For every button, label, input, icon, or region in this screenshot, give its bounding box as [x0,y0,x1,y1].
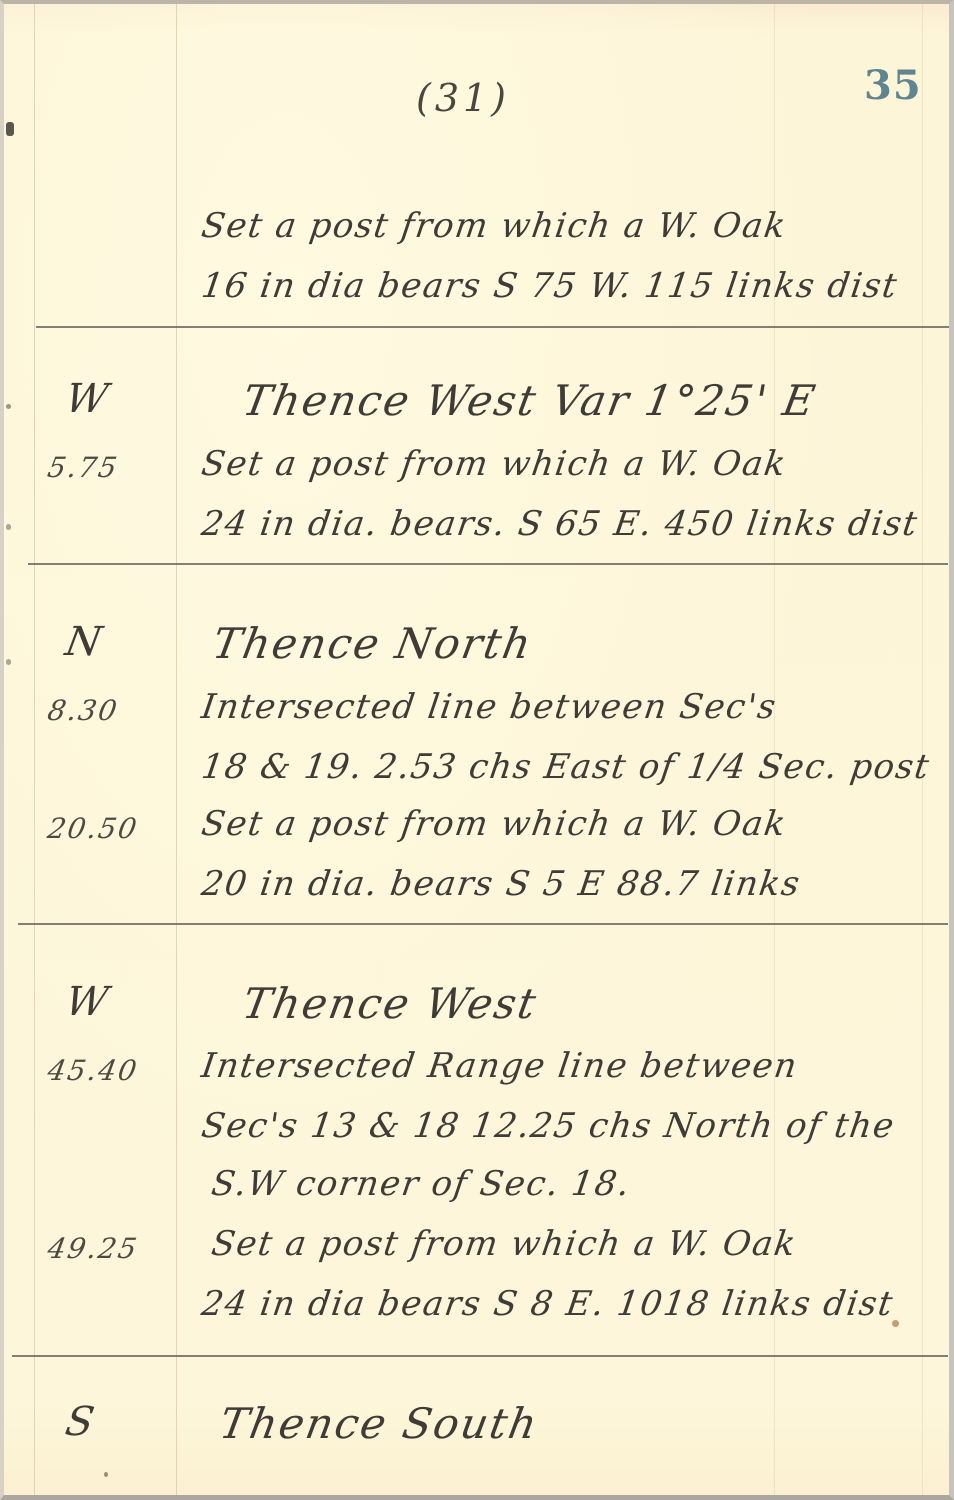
note-line: 24 in dia. bears. S 65 E. 450 links dist [199,504,921,544]
note-line: Set a post from which a W. Oak [199,804,789,844]
field-notes-page: (31) 35 Set a post from which a W. Oak 1… [0,0,954,1500]
binding-mark [6,122,14,136]
distance-chains: 20.50 [45,812,141,845]
direction-letter: N [62,619,105,665]
distance-chains: 49.25 [45,1232,141,1265]
course-heading: Thence North [209,619,536,668]
direction-letter: S [62,1399,98,1445]
binding-mark [6,524,11,530]
binding-mark [6,404,11,409]
note-line: Intersected line between Sec's [199,687,779,727]
ink-dot [104,1472,108,1477]
course-heading: Thence West Var 1°25' E [239,376,820,425]
note-line: S.W corner of Sec. 18. [209,1164,633,1204]
note-line: 16 in dia bears S 75 W. 115 links dist [199,266,900,306]
note-line: Intersected Range line between [199,1046,801,1086]
direction-letter: W [62,979,111,1025]
direction-letter: W [62,376,111,422]
printed-page-number: 35 [864,62,922,109]
margin-rule-distance [176,4,177,1495]
note-line: 20 in dia. bears S 5 E 88.7 links [199,864,803,904]
paper-stain [892,1320,899,1327]
note-line: Set a post from which a W. Oak [199,444,789,484]
page-surface: (31) 35 Set a post from which a W. Oak 1… [4,4,949,1495]
distance-chains: 45.40 [45,1054,141,1087]
course-heading: Thence West [239,979,541,1028]
note-line: Set a post from which a W. Oak [209,1224,799,1264]
note-line: 18 & 19. 2.53 chs East of 1/4 Sec. post [199,747,933,787]
note-line: Set a post from which a W. Oak [199,206,789,246]
note-line: Sec's 13 & 18 12.25 chs North of the [199,1106,898,1146]
section-divider [18,923,948,925]
distance-chains: 5.75 [45,451,121,484]
note-line: 24 in dia bears S 8 E. 1018 links dist [199,1284,896,1324]
distance-chains: 8.30 [45,694,121,727]
course-heading: Thence South [216,1399,542,1448]
handwritten-folio: (31) [416,76,510,120]
binding-mark [6,659,11,665]
section-divider [36,326,949,328]
section-divider [12,1355,948,1357]
section-divider [28,563,948,565]
margin-rule-left [34,4,35,1495]
